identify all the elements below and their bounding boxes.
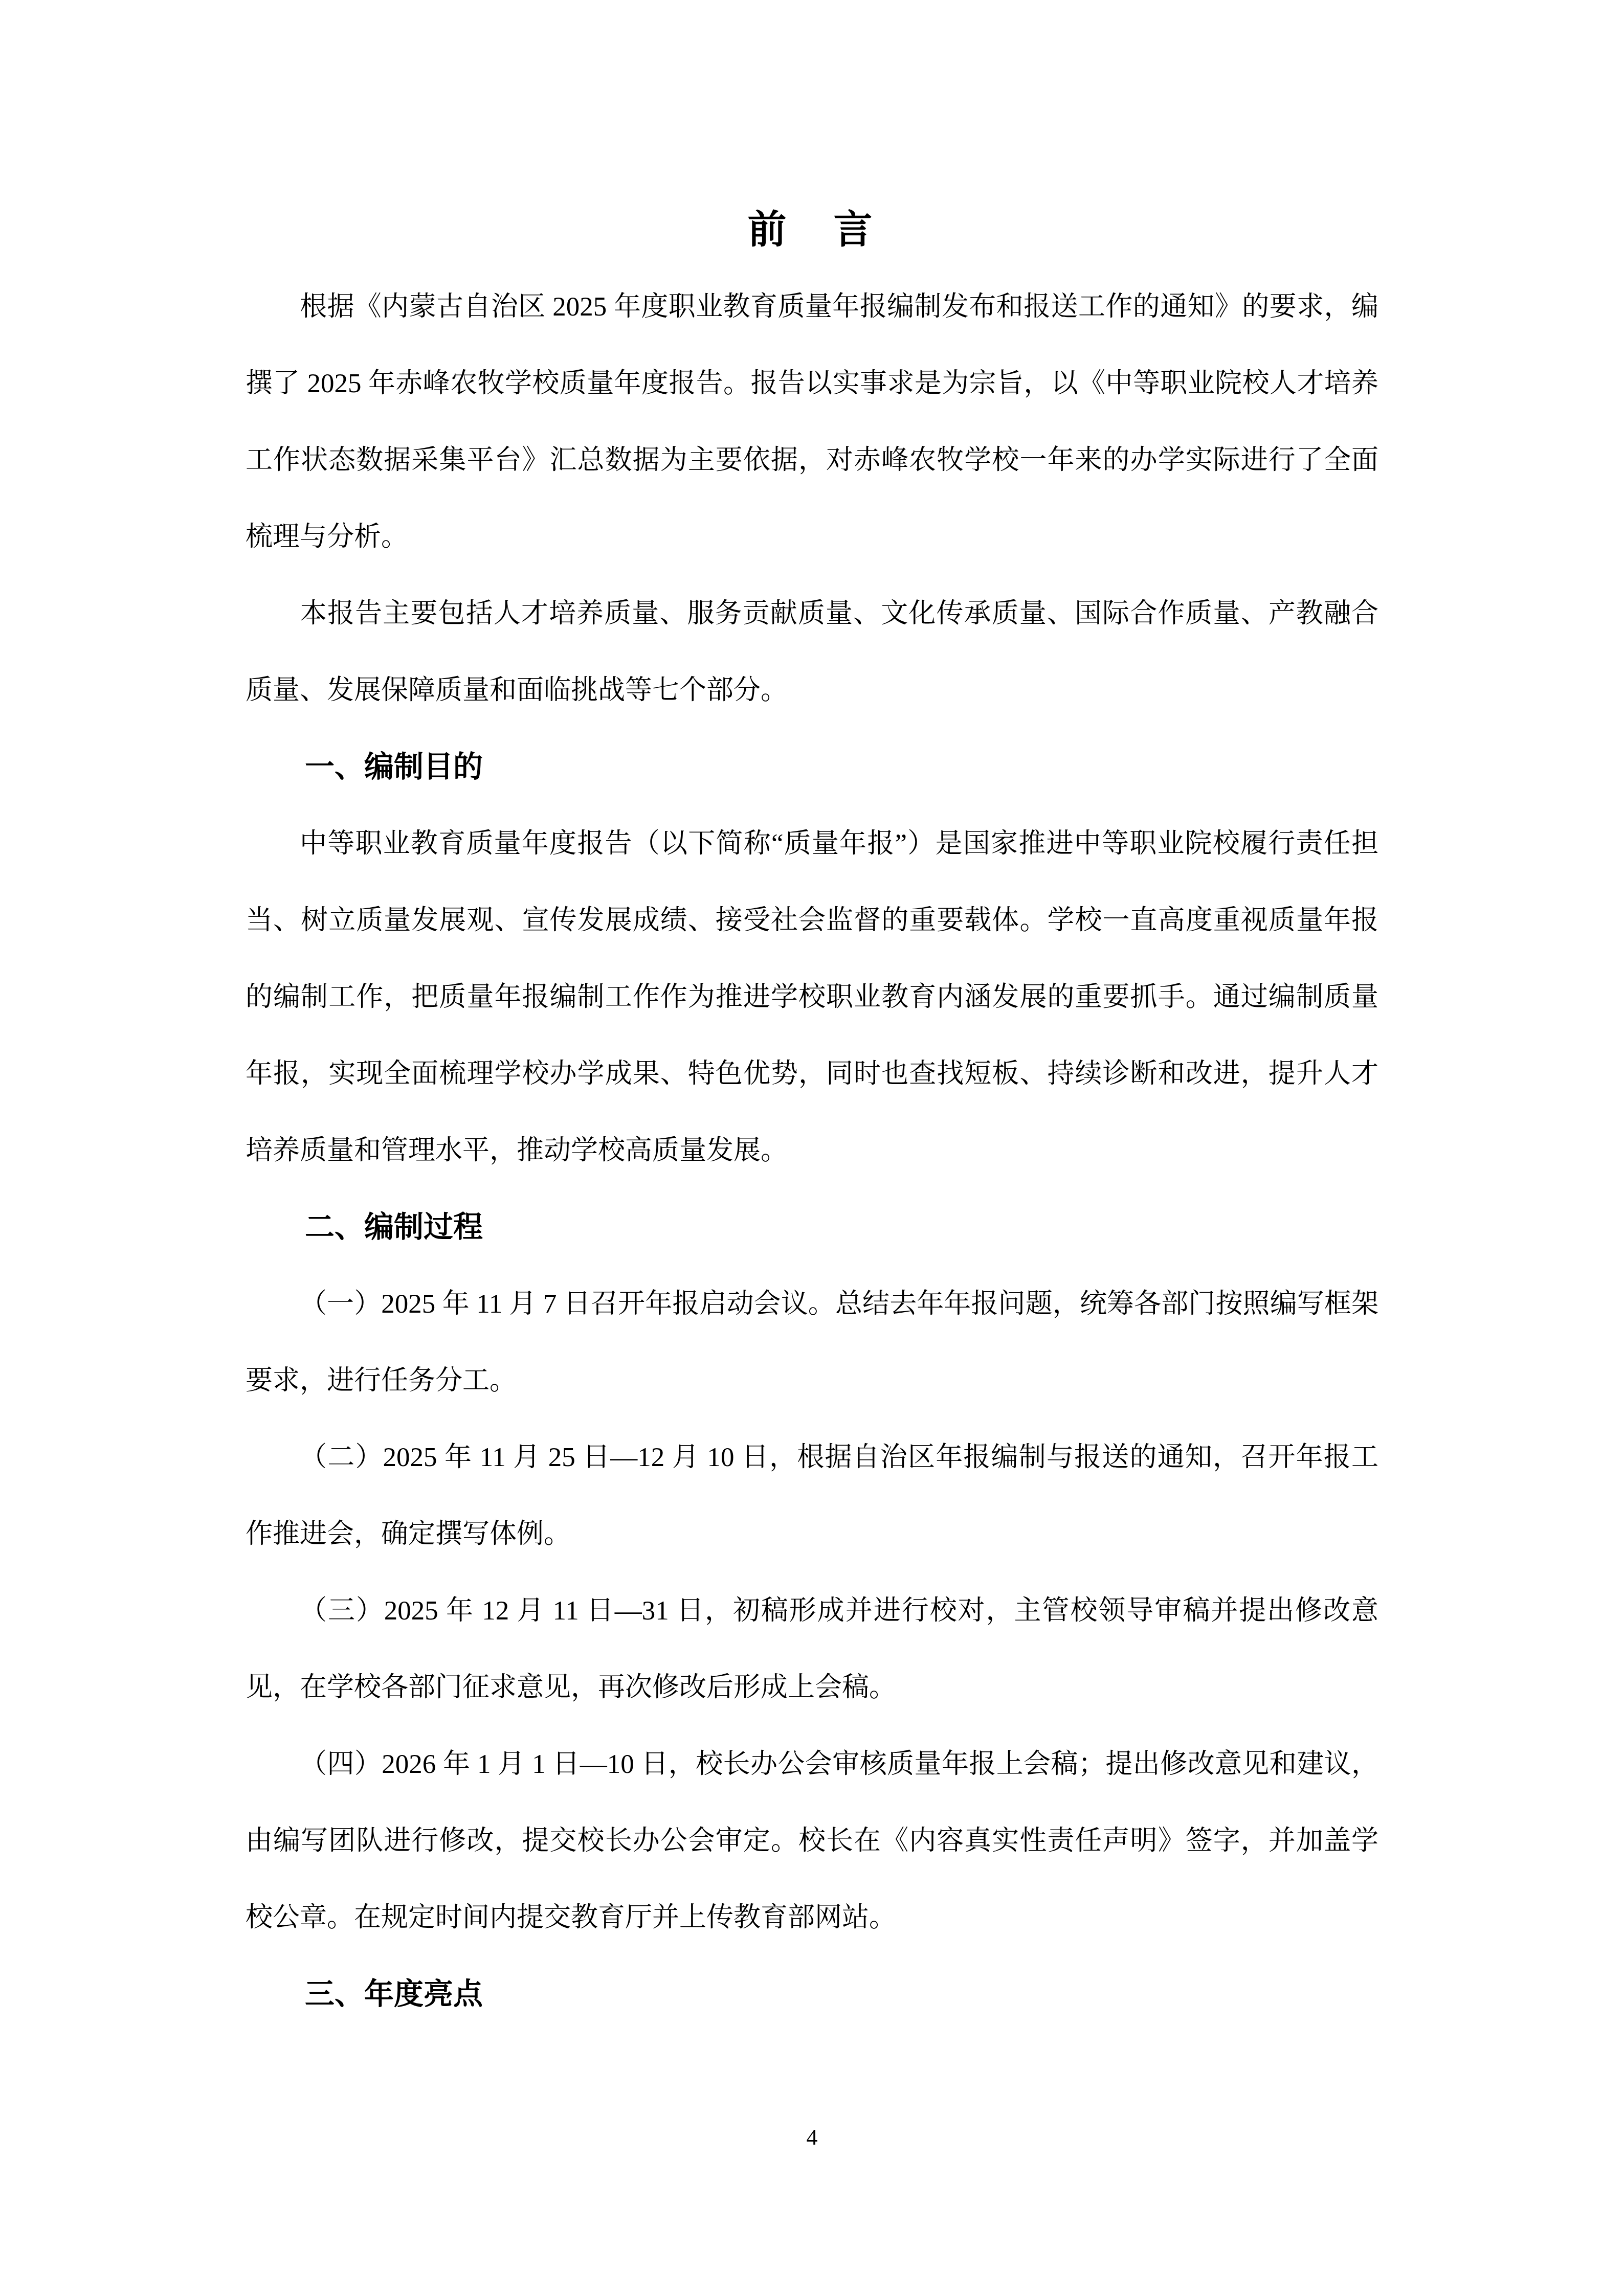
section-heading-2: 二、编制过程 — [246, 1189, 1378, 1266]
paragraph-purpose: 中等职业教育质量年度报告（以下简称“质量年报”）是国家推进中等职业院校履行责任担… — [246, 805, 1378, 1189]
paragraph-process-3: （三）2025 年 12 月 11 日—31 日，初稿形成并进行校对，主管校领导… — [246, 1572, 1378, 1726]
section-heading-1: 一、编制目的 — [246, 729, 1378, 805]
paragraph-process-2: （二）2025 年 11 月 25 日—12 月 10 日，根据自治区年报编制与… — [246, 1419, 1378, 1572]
page-title: 前 言 — [246, 192, 1378, 268]
document-page: 前 言 根据《内蒙古自治区 2025 年度职业教育质量年报编制发布和报送工作的通… — [0, 0, 1624, 2296]
paragraph-intro-2: 本报告主要包括人才培养质量、服务贡献质量、文化传承质量、国际合作质量、产教融合质… — [246, 575, 1378, 729]
paragraph-process-1: （一）2025 年 11 月 7 日召开年报启动会议。总结去年年报问题，统筹各部… — [246, 1266, 1378, 1419]
section-heading-3: 三、年度亮点 — [246, 1956, 1378, 2033]
paragraph-intro-1: 根据《内蒙古自治区 2025 年度职业教育质量年报编制发布和报送工作的通知》的要… — [246, 268, 1378, 575]
document-body: 前 言 根据《内蒙古自治区 2025 年度职业教育质量年报编制发布和报送工作的通… — [246, 192, 1378, 2033]
page-number: 4 — [0, 2099, 1624, 2176]
paragraph-process-4: （四）2026 年 1 月 1 日—10 日，校长办公会审核质量年报上会稿；提出… — [246, 1726, 1378, 1956]
